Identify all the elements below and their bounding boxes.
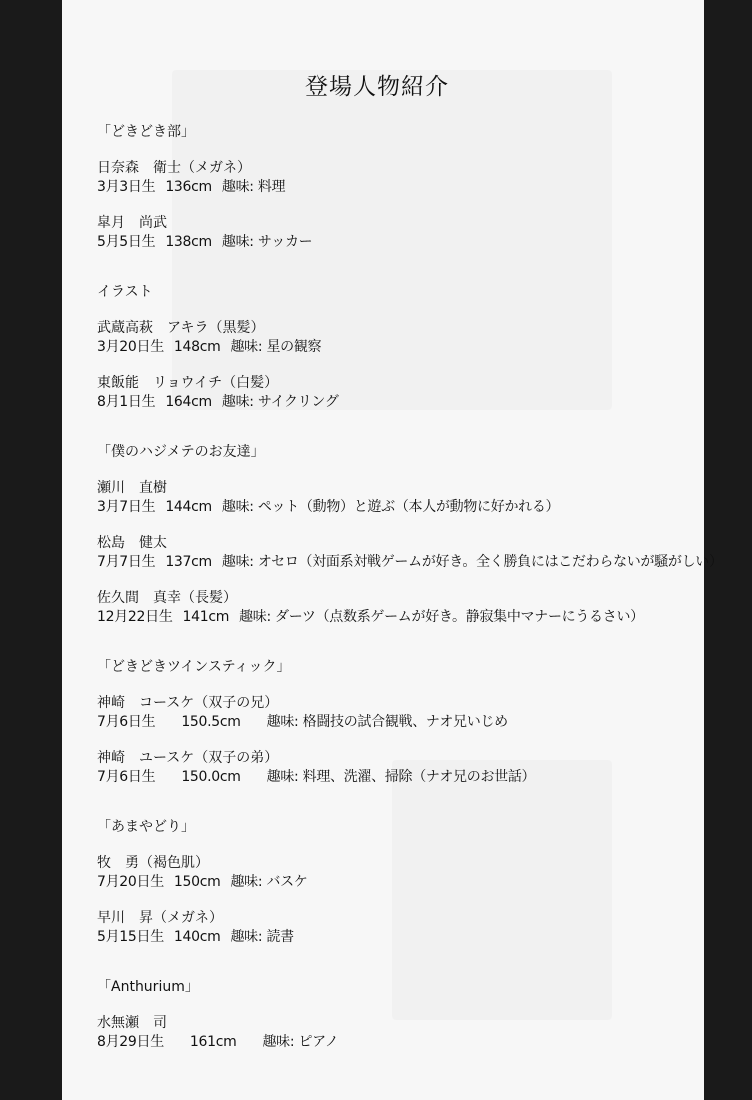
character-birthday: 7月7日生: [97, 553, 155, 572]
character-height: 144cm: [165, 498, 212, 517]
character-info: 7月20日生150cm趣味: バスケ: [97, 873, 697, 892]
section-boku-no-hajimete: 「僕のハジメテのお友達」 瀬川 直樹 3月7日生144cm趣味: ペット（動物）…: [97, 442, 697, 627]
section-heading: 「Anthurium」: [97, 977, 697, 997]
character-hobby: 趣味: サイクリング: [222, 393, 339, 412]
section-anthurium: 「Anthurium」 水無瀬 司 8月29日生161cm趣味: ピアノ: [97, 977, 697, 1052]
character-height: 150.0cm: [181, 768, 240, 787]
character-entry: 武蔵高萩 アキラ（黒髪） 3月20日生148cm趣味: 星の観察: [97, 319, 697, 357]
character-name: 松島 健太: [97, 534, 697, 553]
character-name: 神崎 コースケ（双子の兄）: [97, 694, 697, 713]
character-height: 150.5cm: [181, 713, 240, 732]
section-heading: 「どきどき部」: [97, 122, 697, 142]
character-list: 「どきどき部」 日奈森 衛士（メガネ） 3月3日生136cm趣味: 料理 皐月 …: [97, 122, 697, 1052]
character-height: 138cm: [165, 233, 212, 252]
character-birthday: 3月7日生: [97, 498, 155, 517]
character-name: 牧 勇（褐色肌）: [97, 854, 697, 873]
character-hobby: 趣味: サッカー: [222, 233, 313, 252]
character-birthday: 8月1日生: [97, 393, 155, 412]
character-hobby: 趣味: ペット（動物）と遊ぶ（本人が動物に好かれる）: [222, 498, 559, 517]
character-name: 早川 昇（メガネ）: [97, 909, 697, 928]
character-birthday: 5月5日生: [97, 233, 155, 252]
character-hobby: 趣味: 料理、洗濯、掃除（ナオ兄のお世話）: [267, 768, 536, 787]
character-hobby: 趣味: 格闘技の試合観戦、ナオ兄いじめ: [267, 713, 508, 732]
character-entry: 東飯能 リョウイチ（白髪） 8月1日生164cm趣味: サイクリング: [97, 374, 697, 412]
character-birthday: 12月22日生: [97, 608, 173, 627]
character-height: 164cm: [165, 393, 212, 412]
character-entry: 日奈森 衛士（メガネ） 3月3日生136cm趣味: 料理: [97, 159, 697, 197]
character-name: 日奈森 衛士（メガネ）: [97, 159, 697, 178]
section-dokidoki-bu: 「どきどき部」 日奈森 衛士（メガネ） 3月3日生136cm趣味: 料理 皐月 …: [97, 122, 697, 252]
character-hobby: 趣味: ピアノ: [262, 1033, 338, 1052]
character-info: 3月3日生136cm趣味: 料理: [97, 178, 697, 197]
character-entry: 早川 昇（メガネ） 5月15日生140cm趣味: 読書: [97, 909, 697, 947]
character-height: 137cm: [165, 553, 212, 572]
character-info: 5月15日生140cm趣味: 読書: [97, 928, 697, 947]
character-birthday: 8月29日生: [97, 1033, 164, 1052]
character-info: 7月6日生150.5cm趣味: 格闘技の試合観戦、ナオ兄いじめ: [97, 713, 697, 732]
character-info: 3月7日生144cm趣味: ペット（動物）と遊ぶ（本人が動物に好かれる）: [97, 498, 697, 517]
character-entry: 水無瀬 司 8月29日生161cm趣味: ピアノ: [97, 1014, 697, 1052]
character-height: 140cm: [174, 928, 221, 947]
character-info: 3月20日生148cm趣味: 星の観察: [97, 338, 697, 357]
character-name: 水無瀬 司: [97, 1014, 697, 1033]
section-dokidoki-twinstick: 「どきどきツインスティック」 神崎 コースケ（双子の兄） 7月6日生150.5c…: [97, 657, 697, 787]
page-title: 登場人物紹介: [56, 68, 698, 101]
character-height: 136cm: [165, 178, 212, 197]
character-name: 神崎 ユースケ（双子の弟）: [97, 749, 697, 768]
section-heading: 「僕のハジメテのお友達」: [97, 442, 697, 462]
character-info: 7月7日生137cm趣味: オセロ（対面系対戦ゲームが好き。全く勝負にはこだわら…: [97, 553, 697, 572]
character-hobby: 趣味: 料理: [222, 178, 285, 197]
character-info: 7月6日生150.0cm趣味: 料理、洗濯、掃除（ナオ兄のお世話）: [97, 768, 697, 787]
character-height: 150cm: [174, 873, 221, 892]
character-name: 東飯能 リョウイチ（白髪）: [97, 374, 697, 393]
character-height: 141cm: [183, 608, 230, 627]
section-heading: 「どきどきツインスティック」: [97, 657, 697, 677]
character-hobby: 趣味: 読書: [230, 928, 293, 947]
character-hobby: 趣味: ダーツ（点数系ゲームが好き。静寂集中マナーにうるさい）: [239, 608, 644, 627]
character-entry: 皐月 尚武 5月5日生138cm趣味: サッカー: [97, 214, 697, 252]
character-entry: 神崎 ユースケ（双子の弟） 7月6日生150.0cm趣味: 料理、洗濯、掃除（ナ…: [97, 749, 697, 787]
character-name: 武蔵高萩 アキラ（黒髪）: [97, 319, 697, 338]
character-birthday: 3月20日生: [97, 338, 164, 357]
character-entry: 瀬川 直樹 3月7日生144cm趣味: ペット（動物）と遊ぶ（本人が動物に好かれ…: [97, 479, 697, 517]
character-info: 12月22日生141cm趣味: ダーツ（点数系ゲームが好き。静寂集中マナーにうる…: [97, 608, 697, 627]
section-amayadori: 「あまやどり」 牧 勇（褐色肌） 7月20日生150cm趣味: バスケ 早川 昇…: [97, 817, 697, 947]
character-name: 皐月 尚武: [97, 214, 697, 233]
character-height: 161cm: [190, 1033, 237, 1052]
document-page: 登場人物紹介 「どきどき部」 日奈森 衛士（メガネ） 3月3日生136cm趣味:…: [62, 0, 704, 1100]
character-birthday: 7月6日生: [97, 713, 155, 732]
character-entry: 佐久間 真幸（長髪） 12月22日生141cm趣味: ダーツ（点数系ゲームが好き…: [97, 589, 697, 627]
character-info: 5月5日生138cm趣味: サッカー: [97, 233, 697, 252]
character-hobby: 趣味: バスケ: [230, 873, 307, 892]
character-birthday: 7月20日生: [97, 873, 164, 892]
character-name: 瀬川 直樹: [97, 479, 697, 498]
character-height: 148cm: [174, 338, 221, 357]
character-info: 8月1日生164cm趣味: サイクリング: [97, 393, 697, 412]
character-entry: 松島 健太 7月7日生137cm趣味: オセロ（対面系対戦ゲームが好き。全く勝負…: [97, 534, 697, 572]
character-name: 佐久間 真幸（長髪）: [97, 589, 697, 608]
character-birthday: 7月6日生: [97, 768, 155, 787]
character-birthday: 3月3日生: [97, 178, 155, 197]
section-heading: イラスト: [97, 282, 697, 302]
character-info: 8月29日生161cm趣味: ピアノ: [97, 1033, 697, 1052]
character-entry: 牧 勇（褐色肌） 7月20日生150cm趣味: バスケ: [97, 854, 697, 892]
character-hobby: 趣味: 星の観察: [230, 338, 321, 357]
character-birthday: 5月15日生: [97, 928, 164, 947]
section-illust: イラスト 武蔵高萩 アキラ（黒髪） 3月20日生148cm趣味: 星の観察 東飯…: [97, 282, 697, 412]
character-entry: 神崎 コースケ（双子の兄） 7月6日生150.5cm趣味: 格闘技の試合観戦、ナ…: [97, 694, 697, 732]
section-heading: 「あまやどり」: [97, 817, 697, 837]
character-hobby: 趣味: オセロ（対面系対戦ゲームが好き。全く勝負にはこだわらないが騒がしい）: [222, 553, 723, 572]
